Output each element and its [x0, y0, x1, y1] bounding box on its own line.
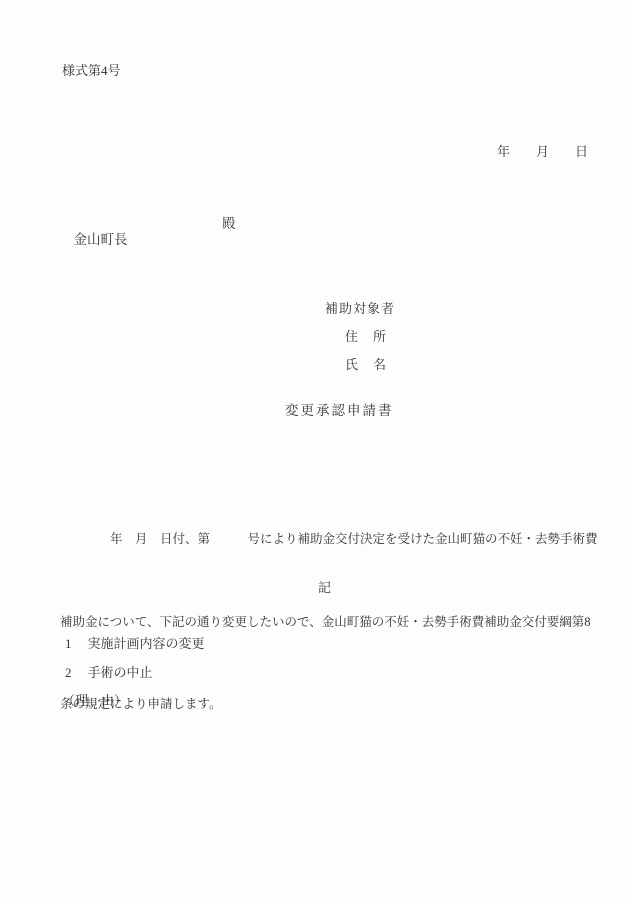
reason-label: （理 由）	[62, 693, 127, 709]
document-title: 変更承認申請書	[285, 403, 394, 419]
name-label: 氏 名	[345, 357, 387, 373]
body-paragraph: 年 月 日付、第 号により補助金交付決定を受けた金山町猫の不妊・去勢手術費 補助…	[60, 471, 605, 774]
list-item-1-text: 実施計画内容の変更	[88, 636, 205, 652]
addressee-title: 金山町長	[74, 232, 128, 247]
addressee-honorific: 殿	[222, 216, 236, 232]
list-item-2-text: 手術の中止	[88, 665, 153, 681]
record-heading: 記	[318, 580, 331, 596]
list-item-1: 1 実施計画内容の変更	[65, 636, 205, 652]
list-item-1-number: 1	[65, 636, 72, 652]
list-item-2-number: 2	[65, 665, 72, 681]
body-line-1: 年 月 日付、第 号により補助金交付決定を受けた金山町猫の不妊・去勢手術費	[60, 526, 605, 554]
document-page: 様式第4号 年 月 日 金山町長 殿 補助対象者 住 所 氏 名 変更承認申請書…	[0, 0, 630, 903]
form-number: 様式第4号	[62, 63, 121, 79]
applicant-label: 補助対象者	[325, 301, 395, 317]
date-line: 年 月 日	[497, 144, 588, 160]
addressee-line: 金山町長 殿	[60, 216, 360, 280]
address-label: 住 所	[345, 329, 387, 345]
body-line-2: 補助金について、下記の通り変更したいので、金山町猫の不妊・去勢手術費補助金交付要…	[60, 609, 605, 637]
body-line-3: 条の規定により申請します。	[60, 691, 605, 719]
list-item-2: 2 手術の中止	[65, 665, 153, 681]
